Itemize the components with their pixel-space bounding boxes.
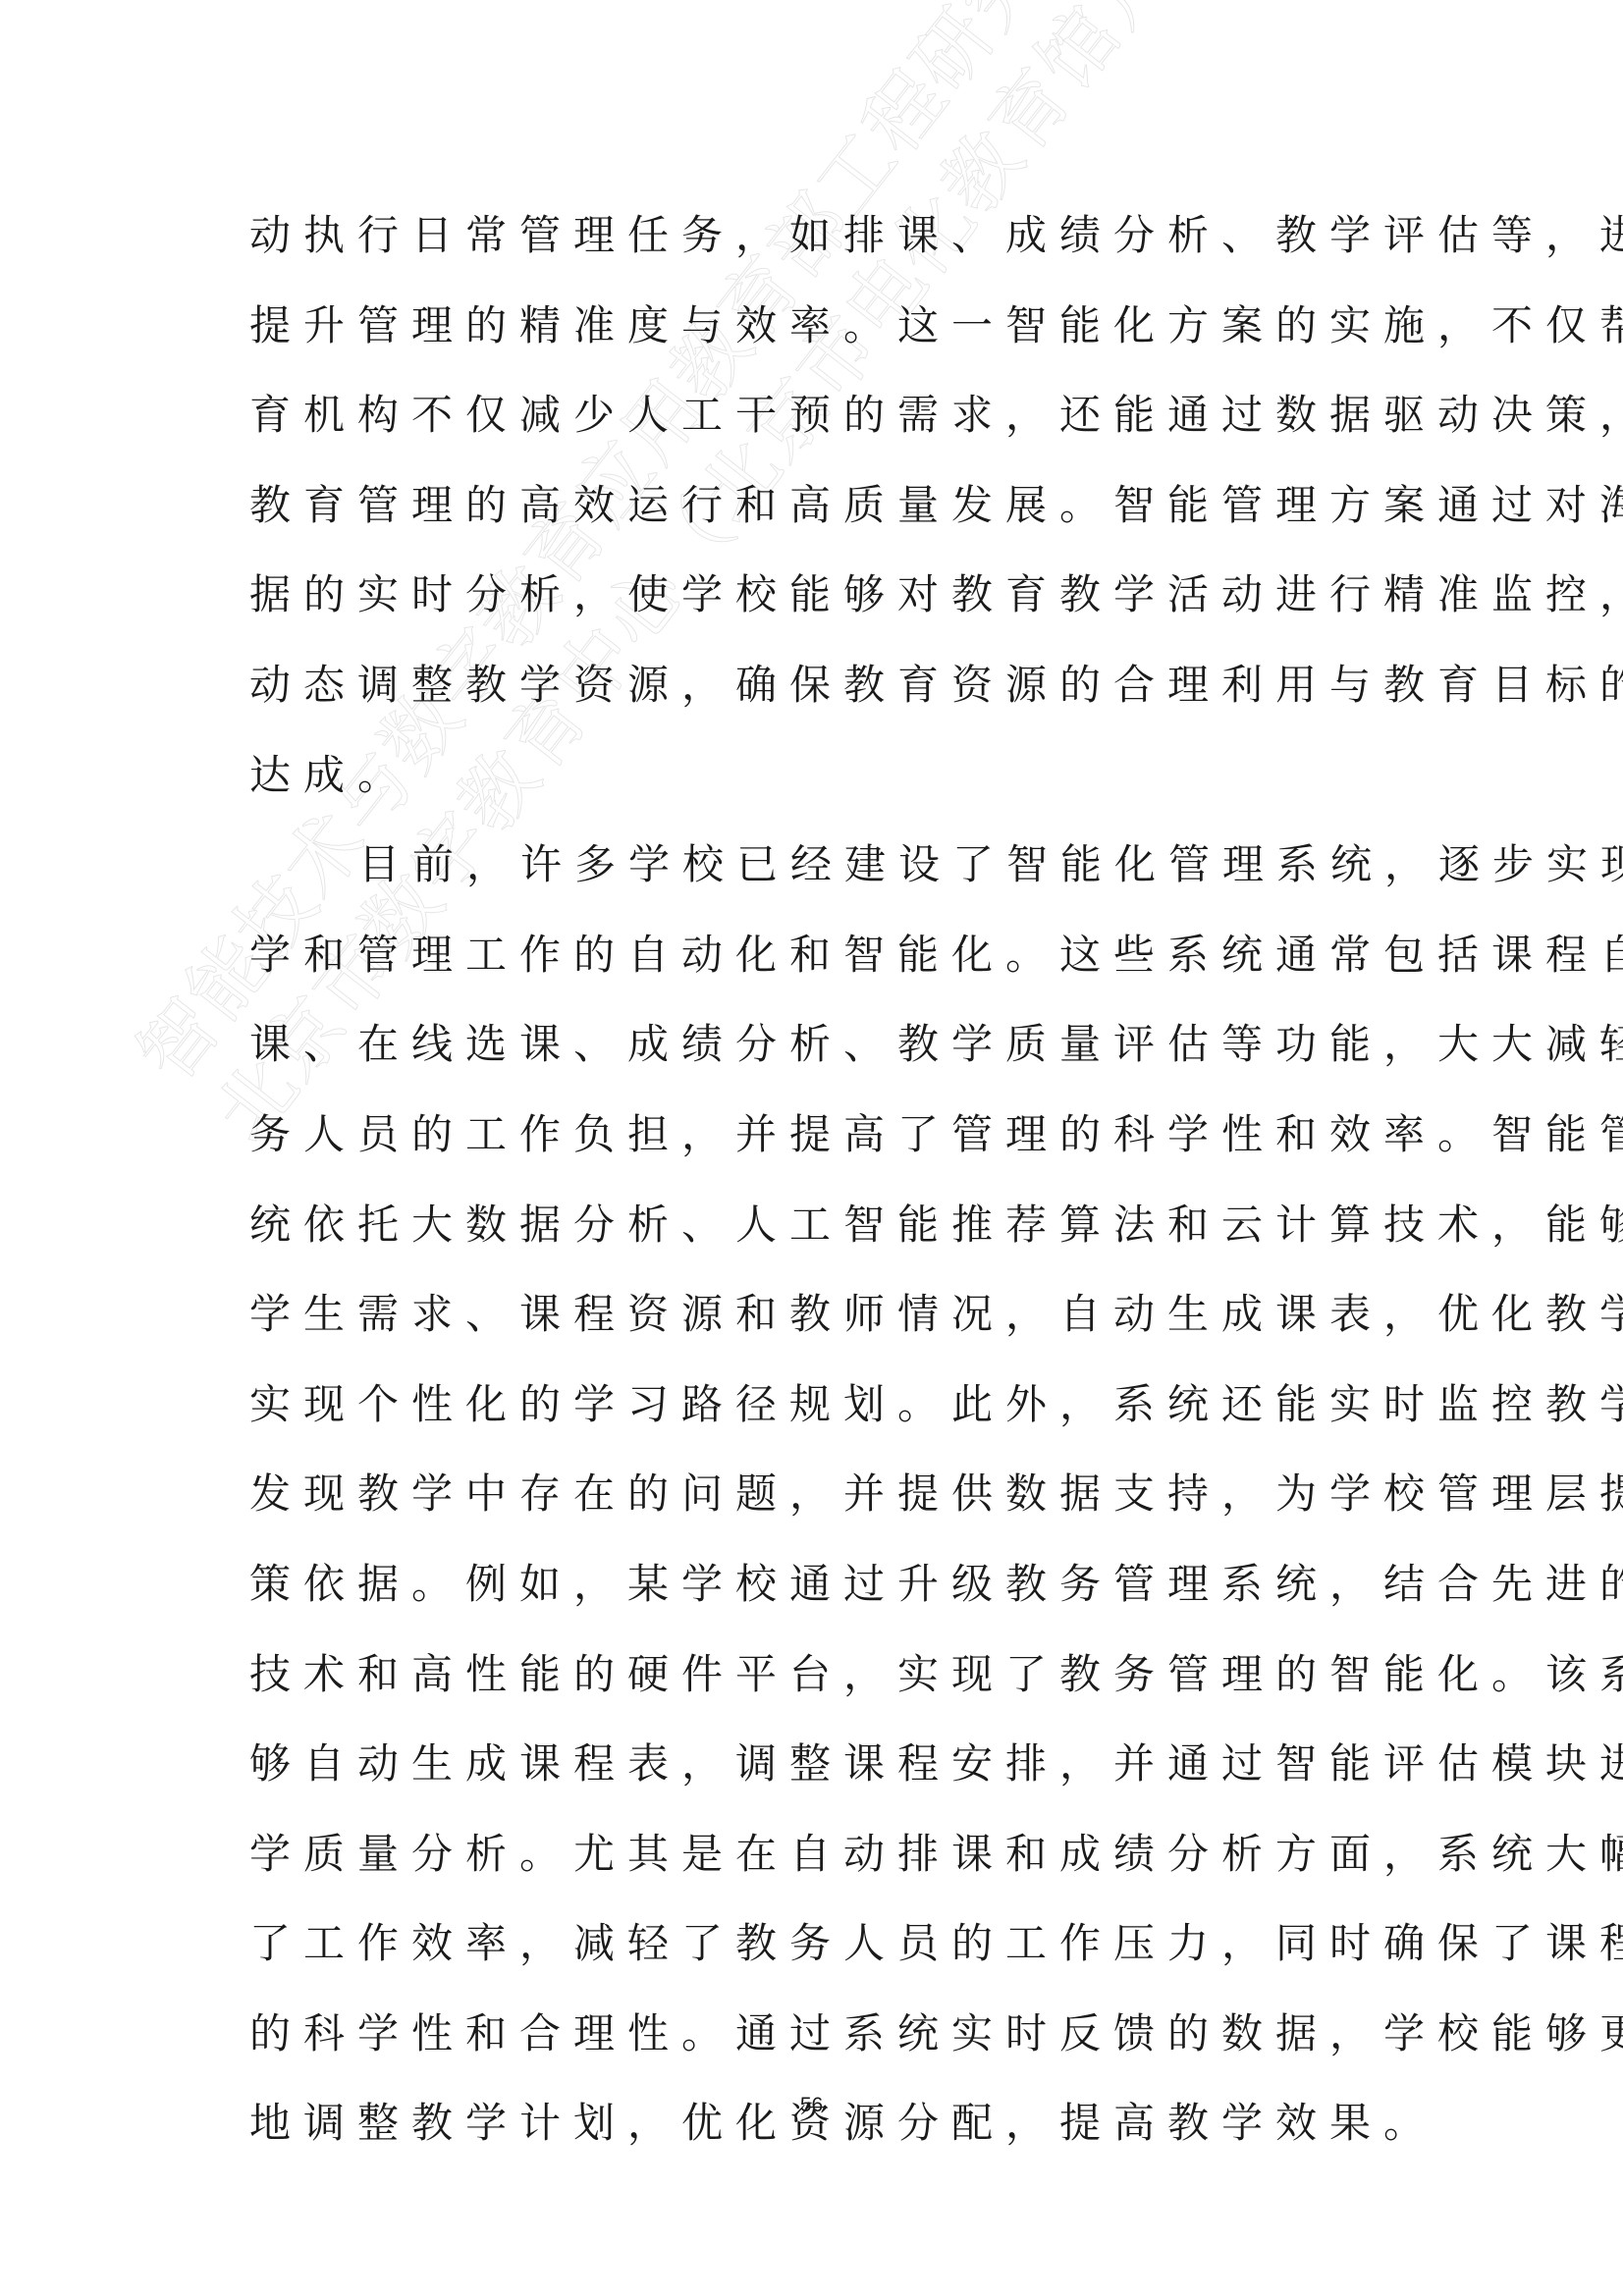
text-line: 课、在线选课、成绩分析、教学质量评估等功能，大大减轻了教 [249,1010,1384,1100]
text-line: 了工作效率，减轻了教务人员的工作压力，同时确保了课程安排 [249,1909,1384,2000]
text-line: 育机构不仅减少人工干预的需求，还能通过数据驱动决策，实现 [249,381,1384,471]
text-line: 务人员的工作负担，并提高了管理的科学性和效率。智能管理系 [249,1100,1384,1191]
text-line: 提升管理的精准度与效率。这一智能化方案的实施，不仅帮助教 [249,292,1384,382]
text-line: 够自动生成课程表，调整课程安排，并通过智能评估模块进行教 [249,1730,1384,1820]
text-line: 动态调整教学资源，确保教育资源的合理利用与教育目标的高效 [249,651,1384,741]
text-line: 目前，许多学校已经建设了智能化管理系统，逐步实现了教 [249,830,1384,921]
text-line: 策依据。例如，某学校通过升级教务管理系统，结合先进的网络 [249,1550,1384,1640]
text-line: 发现教学中存在的问题，并提供数据支持，为学校管理层提供决 [249,1460,1384,1550]
paragraph-1: 动执行日常管理任务，如排课、成绩分析、教学评估等，进一步 提升管理的精准度与效率… [249,201,1388,830]
text-line: 教育管理的高效运行和高质量发展。智能管理方案通过对海量数 [249,471,1384,561]
text-line: 统依托大数据分析、人工智能推荐算法和云计算技术，能够根据 [249,1191,1384,1281]
text-line: 技术和高性能的硬件平台，实现了教务管理的智能化。该系统能 [249,1640,1384,1731]
paragraph-2: 目前，许多学校已经建设了智能化管理系统，逐步实现了教 学和管理工作的自动化和智能… [249,830,1388,2179]
document-page: 智能技术与数字教育应用教育部工程研究中心 北京市数字教育中心（北京市电化教育馆）… [0,0,1623,2296]
text-line: 学质量分析。尤其是在自动排课和成绩分析方面，系统大幅提升 [249,1820,1384,1910]
text-line: 动执行日常管理任务，如排课、成绩分析、教学评估等，进一步 [249,201,1384,292]
text-line: 地调整教学计划，优化资源分配，提高教学效果。 [249,2089,1384,2179]
text-line: 达成。 [249,741,1384,831]
body-text: 动执行日常管理任务，如排课、成绩分析、教学评估等，进一步 提升管理的精准度与效率… [249,201,1388,2179]
text-line: 实现个性化的学习路径规划。此外，系统还能实时监控教学质量， [249,1370,1384,1461]
text-line: 据的实时分析，使学校能够对教育教学活动进行精准监控，支持 [249,561,1384,651]
text-line: 的科学性和合理性。通过系统实时反馈的数据，学校能够更精准 [249,2000,1384,2090]
text-line: 学和管理工作的自动化和智能化。这些系统通常包括课程自动排 [249,921,1384,1011]
text-line: 学生需求、课程资源和教师情况，自动生成课表，优化教学安排， [249,1280,1384,1370]
